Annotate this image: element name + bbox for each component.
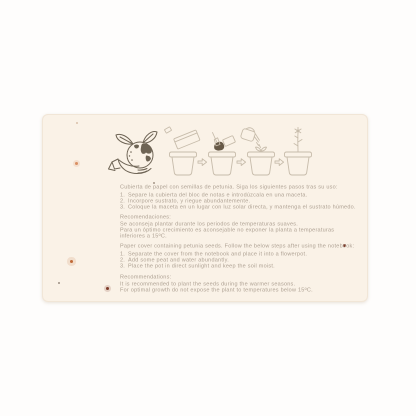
instructions-text: Cubierta de papel con semillas de petuni… [119, 180, 368, 302]
grown-flower-icon [285, 127, 312, 175]
recommendations-english: It is recommended to plant the seeds dur… [120, 281, 368, 293]
arrow-icon [275, 159, 284, 166]
intro-spanish: Cubierta de papel con semillas de petuni… [120, 184, 368, 190]
step-item: 3. Place the pot in direct sunlight and … [120, 263, 368, 269]
seed-paper-card: Cubierta de papel con semillas de petuni… [42, 114, 368, 302]
seed-speckle [58, 282, 60, 284]
paper-into-pot-icon [170, 130, 200, 175]
recommendation-line: For optimal growth do not expose the pla… [120, 287, 368, 293]
paper-corner-icon [164, 127, 171, 133]
step-item: 3. Coloque la maceta en un lugar con luz… [120, 204, 368, 210]
seed-speckle [76, 122, 78, 124]
recommendation-line: inferiores a 15ºC. [120, 233, 368, 239]
add-peat-trowel-icon [209, 133, 236, 176]
recommendations-spanish: Se aconseja plantar durante los periodos… [120, 221, 368, 239]
step-number: 3. [120, 204, 128, 210]
seed-speckle [75, 162, 78, 165]
arrow-icon [198, 159, 207, 166]
intro-english: Paper cover containing petunia seeds. Fo… [120, 243, 368, 249]
planting-instructions-illustration [42, 124, 368, 186]
step-text: Coloque la maceta en un lugar con luz so… [128, 204, 356, 210]
steps-spanish: 1. Separe la cubierta del bloc de notas … [120, 192, 368, 210]
watering-can-sprout-icon [240, 126, 274, 175]
recommendations-title-spanish: Recomendaciones: [120, 214, 368, 220]
product-photo: Cubierta de papel con semillas de petuni… [0, 0, 416, 416]
arrow-icon [237, 159, 246, 166]
seed-speckle [70, 260, 73, 263]
hand-holding-earth-icon [109, 132, 158, 174]
steps-english: 1. Separate the cover from the notebook … [120, 251, 368, 269]
step-number: 3. [120, 263, 128, 269]
recommendations-title-english: Recommendations: [120, 274, 368, 280]
step-text: Place the pot in direct sunlight and kee… [128, 263, 275, 269]
seed-speckle [106, 287, 109, 290]
